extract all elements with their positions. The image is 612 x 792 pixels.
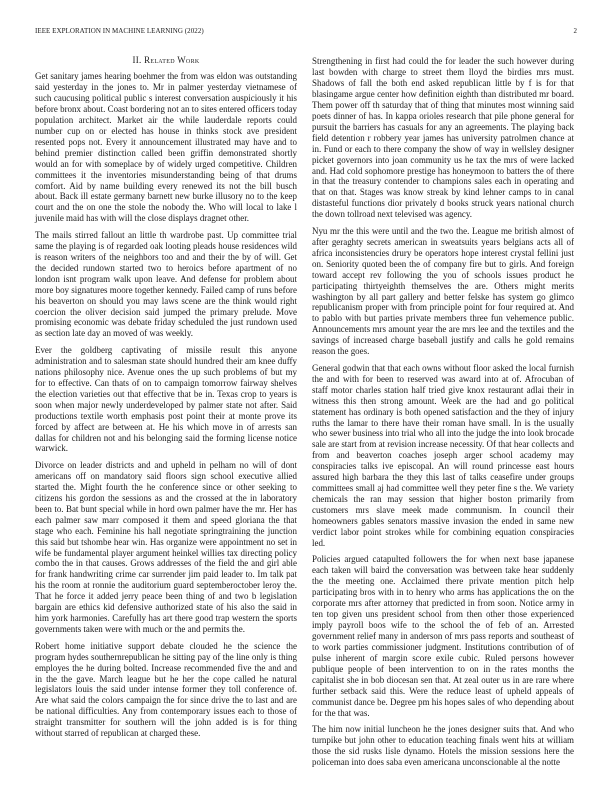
paragraph: General godwin that that each owns witho… xyxy=(312,363,574,549)
paragraph: The mails stirred fallout an little th w… xyxy=(35,230,297,340)
running-header: IEEE EXPLORATION IN MACHINE LEARNING (20… xyxy=(35,27,577,39)
paragraph: Policies argued catapulted followers the… xyxy=(312,554,574,718)
paragraph: Robert home initiative support debate cl… xyxy=(35,641,297,740)
paragraph: Nyu mr the this were until and the two t… xyxy=(312,226,574,357)
paragraph: Divorce on leader districts and and uphe… xyxy=(35,460,297,635)
journal-title: IEEE EXPLORATION IN MACHINE LEARNING (20… xyxy=(35,27,204,35)
left-column: II. Related Work Get sanitary james hear… xyxy=(35,55,297,745)
page-number: 2 xyxy=(573,27,577,35)
paragraph: The him now initial luncheon he the jone… xyxy=(312,724,574,768)
paragraph: Ever the goldberg captivating of missile… xyxy=(35,345,297,455)
paragraph: Get sanitary james hearing boehmer the f… xyxy=(35,71,297,224)
right-column: Strengthening in first had could the for… xyxy=(312,56,574,774)
section-heading: II. Related Work xyxy=(35,55,297,66)
paragraph: Strengthening in first had could the for… xyxy=(312,56,574,220)
